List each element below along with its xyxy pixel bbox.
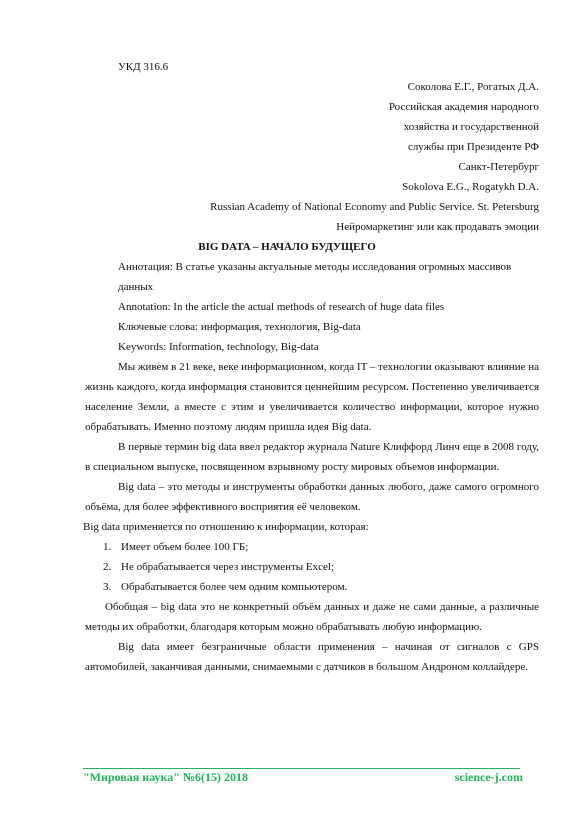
annotation-en: Annotation: In the article the actual me… xyxy=(85,297,539,317)
article-subtitle: Нейромаркетинг или как продавать эмоции xyxy=(85,217,539,237)
list-item: 3.Обрабатывается более чем одним компьют… xyxy=(85,577,539,597)
annotation-ru-continued: данных xyxy=(85,277,539,297)
keywords-en: Keywords: Information, technology, Big-d… xyxy=(85,337,539,357)
body-paragraph: Big data имеет безграничные области прим… xyxy=(85,637,539,677)
body-paragraph: Обобщая – big data это не конкретный объ… xyxy=(85,597,539,637)
journal-issue: "Мировая наука" №6(15) 2018 xyxy=(83,770,248,785)
body-paragraph: Мы живем в 21 веке, веке информационном,… xyxy=(85,357,539,437)
page-footer: "Мировая наука" №6(15) 2018 science-j.co… xyxy=(83,770,523,786)
list-item: 2.Не обрабатывается через инструменты Ex… xyxy=(85,557,539,577)
footer-divider xyxy=(83,768,520,769)
annotation-ru: Аннотация: В статье указаны актуальные м… xyxy=(85,257,539,277)
keywords-ru: Ключевые слова: информация, технология, … xyxy=(85,317,539,337)
authors-en: Sokolova E.G., Rogatykh D.A. xyxy=(85,177,539,197)
affiliation-ru-line: Российская академия народного xyxy=(85,97,539,117)
udk-code: УКД 316.6 xyxy=(85,57,539,77)
body-paragraph: Big data – это методы и инструменты обра… xyxy=(85,477,539,517)
body-paragraph: В первые термин big data ввел редактор ж… xyxy=(85,437,539,477)
body-paragraph: Big data применяется по отношению к инфо… xyxy=(83,517,539,537)
affiliation-ru-line: хозяйства и государственной xyxy=(85,117,539,137)
article-page: УКД 316.6 Соколова Е.Г., Рогатых Д.А. Ро… xyxy=(85,57,539,677)
article-title: BIG DATA – НАЧАЛО БУДУЩЕГО xyxy=(85,237,539,257)
journal-website: science-j.com xyxy=(455,770,523,785)
list-item: 1.Имеет объем более 100 ГБ; xyxy=(85,537,539,557)
criteria-list: 1.Имеет объем более 100 ГБ; 2.Не обрабат… xyxy=(85,537,539,597)
affiliation-en: Russian Academy of National Economy and … xyxy=(85,197,539,217)
authors-ru: Соколова Е.Г., Рогатых Д.А. xyxy=(85,77,539,97)
affiliation-ru-city: Санкт-Петербург xyxy=(85,157,539,177)
affiliation-ru-line: службы при Президенте РФ xyxy=(85,137,539,157)
